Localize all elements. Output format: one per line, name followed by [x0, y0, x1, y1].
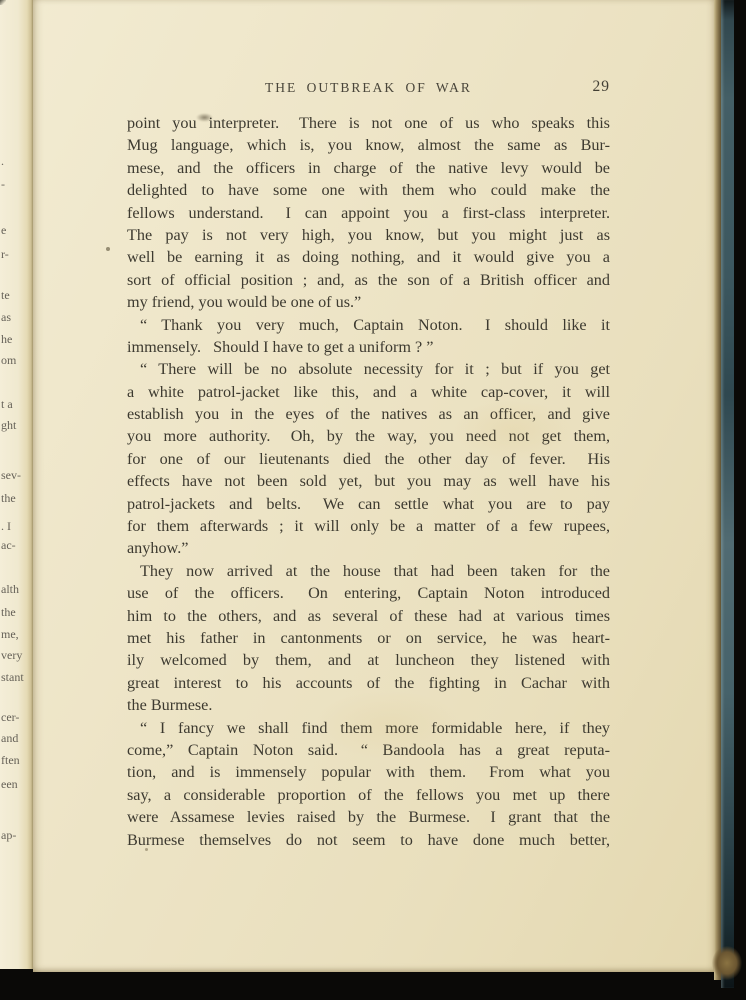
text-line: tion, and is immensely popular with them…: [127, 761, 610, 783]
facing-page-fragment: alth: [1, 583, 19, 595]
facing-page-fragment: sev-: [1, 469, 21, 481]
book-page: THE OUTBREAK OF WAR 29 point you interpr…: [33, 0, 714, 972]
text-line: for them afterwards ; it will only be a …: [127, 515, 610, 537]
facing-page-fragment: ften: [1, 754, 20, 766]
paper-stain: [313, 690, 463, 760]
text-line: immensely. Should I have to get a unifor…: [127, 336, 610, 358]
text-line: anyhow.”: [127, 537, 610, 559]
facing-page-fragment: e: [1, 224, 6, 236]
paragraph: point you interpreter. There is not one …: [127, 112, 610, 314]
text-line: “ There will be no absolute necessity fo…: [127, 358, 610, 380]
text-line: effects have not been sold yet, but you …: [127, 470, 610, 492]
ink-smudge: [196, 113, 213, 122]
facing-page-fragment: -: [1, 178, 5, 190]
running-head: THE OUTBREAK OF WAR 29: [127, 80, 610, 100]
facing-page-fragment: ght: [1, 419, 16, 431]
facing-page-fragment: and: [1, 732, 18, 744]
paper-speck: [106, 247, 110, 251]
page-edge-stack: [714, 0, 721, 980]
text-line: use of the officers. On entering, Captai…: [127, 582, 610, 604]
facing-page-fragment: stant: [1, 671, 24, 683]
text-line: Burmese themselves do not seem to have d…: [127, 829, 610, 851]
corner-speck: [0, 0, 6, 5]
facing-page-fragment: .: [1, 155, 4, 167]
facing-page-fragment: the: [1, 606, 16, 618]
facing-page-fragment: as: [1, 311, 11, 323]
text-line: ily welcomed by them, and at luncheon th…: [127, 649, 610, 671]
facing-page-fragment: cer-: [1, 711, 19, 723]
text-line: met his father in cantonments or on serv…: [127, 627, 610, 649]
text-line: sort of official position ; and, as the …: [127, 269, 610, 291]
text-line: delighted to have some one with them who…: [127, 179, 610, 201]
text-line: The pay is not very high, you know, but …: [127, 224, 610, 246]
facing-page-fragment: very: [1, 649, 22, 661]
facing-page-fragment: ap-: [1, 829, 16, 841]
paragraph: “ There will be no absolute necessity fo…: [127, 358, 610, 560]
facing-page-fragment: he: [1, 333, 12, 345]
text-line: They now arrived at the house that had b…: [127, 560, 610, 582]
facing-page-fragment: om: [1, 354, 16, 366]
facing-page-edge: .-er-teasheomt aghtsev-the. Iac-alththem…: [0, 0, 33, 969]
facing-page-fragment: te: [1, 289, 10, 301]
book-cover-edge: [721, 0, 734, 988]
page-number: 29: [593, 78, 611, 96]
paragraph: “ Thank you very much, Captain Noton. I …: [127, 314, 610, 359]
text-line: “ Thank you very much, Captain Noton. I …: [127, 314, 610, 336]
facing-page-fragment: the: [1, 492, 16, 504]
paper-speck: [145, 848, 148, 851]
facing-page-fragment: . I: [1, 520, 11, 532]
text-line: patrol-jackets and belts. We can settle …: [127, 493, 610, 515]
text-line: say, a considerable proportion of the fe…: [127, 784, 610, 806]
text-line: a white patrol-jacket like this, and a w…: [127, 381, 610, 403]
text-line: were Assamese levies raised by the Burme…: [127, 806, 610, 828]
facing-page-fragment: t a: [1, 398, 13, 410]
text-line: Mug language, which is, you know, almost…: [127, 134, 610, 156]
cover-wear-spot: [712, 946, 742, 980]
text-line: my friend, you would be one of us.”: [127, 291, 610, 313]
facing-page-fragment: me,: [1, 628, 19, 640]
text-line: well be earning it as doing nothing, and…: [127, 246, 610, 268]
book-scan: .-er-teasheomt aghtsev-the. Iac-alththem…: [0, 0, 746, 1000]
facing-page-fragment: r-: [1, 248, 9, 260]
paper-stain: [453, 400, 573, 460]
text-line: him to the others, and as several of the…: [127, 605, 610, 627]
facing-page-fragment: ac-: [1, 539, 16, 551]
facing-page-fragment: een: [1, 778, 18, 790]
text-line: mese, and the officers in charge of the …: [127, 157, 610, 179]
text-line: fellows understand. I can appoint you a …: [127, 202, 610, 224]
running-header-title: THE OUTBREAK OF WAR: [127, 80, 610, 96]
